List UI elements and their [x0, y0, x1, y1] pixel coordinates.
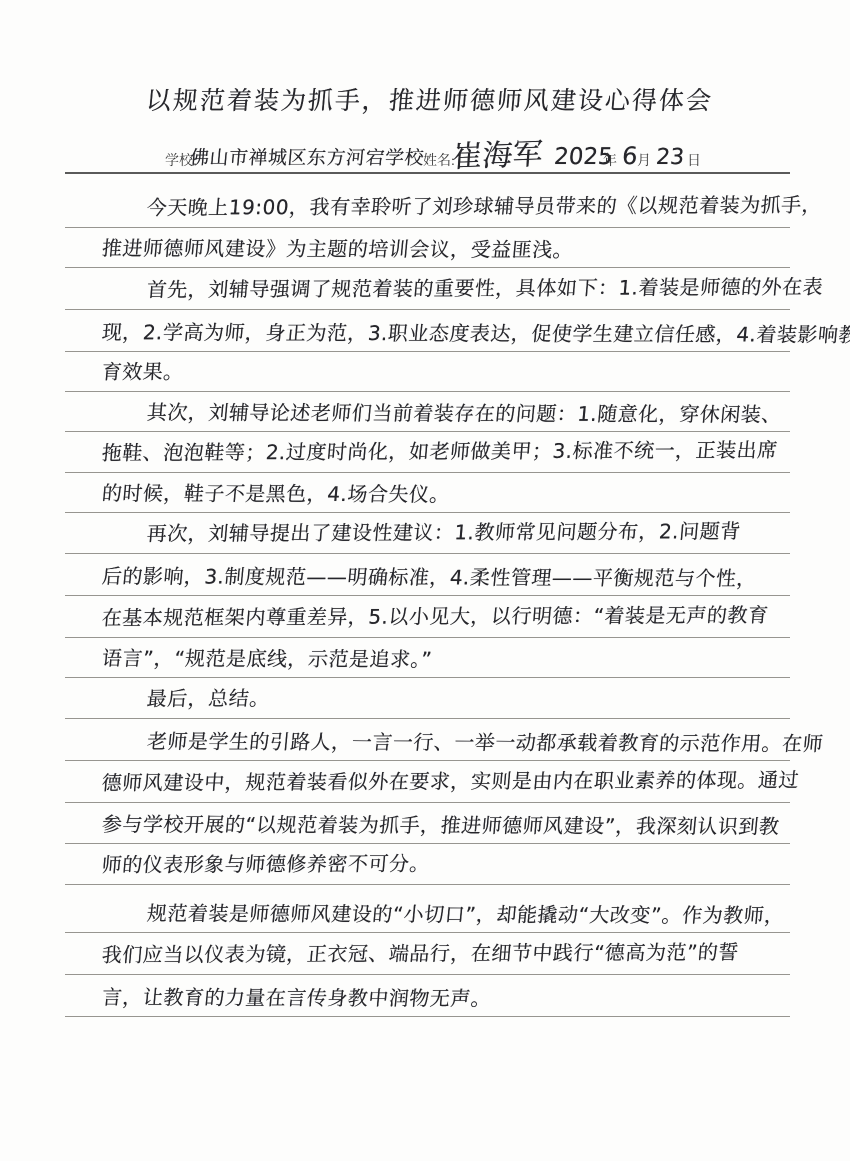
- header-info-row: 学校: 佛山市禅城区东方河宕学校 姓名: 崔海军 2025 年 6 月 23 日: [65, 128, 790, 174]
- handwritten-line: 德师风建设中，规范着装看似外在要求，实则是由内在职业素养的体现。通过: [65, 761, 790, 803]
- handwritten-line: 参与学校开展的“以规范着装为抓手，推进师德师风建设”，我深刻认识到教: [65, 802, 790, 844]
- date-day-value: 23: [655, 145, 685, 170]
- line-text: 在基本规范框架内尊重差异，5.以小见大，以行明德：“着装是无声的教育: [65, 593, 770, 640]
- handwritten-line: 今天晚上19:00，我有幸聆听了刘珍球辅导员带来的《以规范着装为抓手，: [65, 186, 790, 228]
- line-text: 最后，总结。: [65, 676, 272, 721]
- handwritten-line: 其次，刘辅导论述老师们当前着装存在的问题：1.随意化，穿休闲装、: [65, 390, 790, 432]
- handwritten-line: 再次，刘辅导提出了建设性建议：1.教师常见问题分布，2.问题背: [65, 512, 790, 554]
- handwritten-line: 拖鞋、泡泡鞋等；2.过度时尚化，如老师做美甲；3.标准不统一，正装出席: [65, 431, 790, 473]
- line-text: 首先，刘辅导强调了规范着装的重要性，具体如下：1.着装是师德的外在表: [65, 265, 825, 312]
- handwritten-line: 最后，总结。: [65, 677, 790, 719]
- handwritten-line: 言，让教育的力量在言传身教中润物无声。: [65, 975, 790, 1017]
- handwritten-line: 推进师德师风建设》为主题的培训会议，受益匪浅。: [65, 226, 790, 268]
- line-text: 拖鞋、泡泡鞋等；2.过度时尚化，如老师做美甲；3.标准不统一，正装出席: [65, 428, 780, 475]
- line-text: 言，让教育的力量在言传身教中润物无声。: [65, 975, 493, 1020]
- line-text: 推进师德师风建设》为主题的培训会议，受益匪浅。: [65, 226, 575, 272]
- name-label: 姓名:: [423, 150, 455, 170]
- handwritten-line: 后的影响，3.制度规范——明确标准，4.柔性管理——平衡规范与个性，: [65, 554, 790, 596]
- date-year-label: 年: [603, 150, 617, 170]
- line-text: 语言”，“规范是底线，示范是追求。”: [65, 636, 434, 681]
- author-signature: 崔海军: [451, 129, 544, 176]
- date-day-label: 日: [687, 150, 701, 170]
- line-text: 再次，刘辅导提出了建设性建议：1.教师常见问题分布，2.问题背: [65, 509, 743, 556]
- date-month-label: 月: [637, 150, 651, 170]
- handwritten-line: 育效果。: [65, 350, 790, 392]
- handwritten-line: 在基本规范框架内尊重差异，5.以小见大，以行明德：“着装是无声的教育: [65, 596, 790, 638]
- line-text: 德师风建设中，规范着装看似外在要求，实则是由内在职业素养的体现。通过: [65, 758, 801, 805]
- line-text: 今天晚上19:00，我有幸聆听了刘珍球辅导员带来的《以规范着装为抓手，: [65, 183, 824, 230]
- handwritten-line: 现，2.学高为师，身正为范，3.职业态度表达，促使学生建立信任感，4.着装影响教: [65, 310, 790, 352]
- school-name: 佛山市禅城区东方河宕学校: [189, 143, 425, 170]
- handwritten-line: 的时候，鞋子不是黑色，4.场合失仪。: [65, 471, 790, 513]
- line-text: 师的仪表形象与师德修养密不可分。: [65, 841, 432, 887]
- line-text: 我们应当以仪表为镜，正衣冠、端品行，在细节中践行“德高为范”的誓: [65, 930, 741, 977]
- document-title: 以规范着装为抓手，推进师德师风建设心得体会: [65, 78, 794, 124]
- line-text: 的时候，鞋子不是黑色，4.场合失仪。: [65, 471, 452, 516]
- handwritten-line: 我们应当以仪表为镜，正衣冠、端品行，在细节中践行“德高为范”的誓: [65, 933, 790, 975]
- handwritten-line: 语言”，“规范是底线，示范是追求。”: [65, 636, 790, 678]
- handwritten-line: 老师是学生的引路人，一言一行、一举一动都承载着教育的示范作用。在师: [65, 719, 790, 761]
- handwritten-line: 师的仪表形象与师德修养密不可分。: [65, 843, 790, 885]
- notebook-page: 以规范着装为抓手，推进师德师风建设心得体会 学校: 佛山市禅城区东方河宕学校 姓…: [0, 0, 850, 1161]
- handwritten-line: 首先，刘辅导强调了规范着装的重要性，具体如下：1.着装是师德的外在表: [65, 268, 790, 310]
- line-text: 育效果。: [65, 349, 186, 394]
- handwritten-line: 规范着装是师德师风建设的“小切口”，却能撬动“大改变”。作为教师，: [65, 891, 790, 933]
